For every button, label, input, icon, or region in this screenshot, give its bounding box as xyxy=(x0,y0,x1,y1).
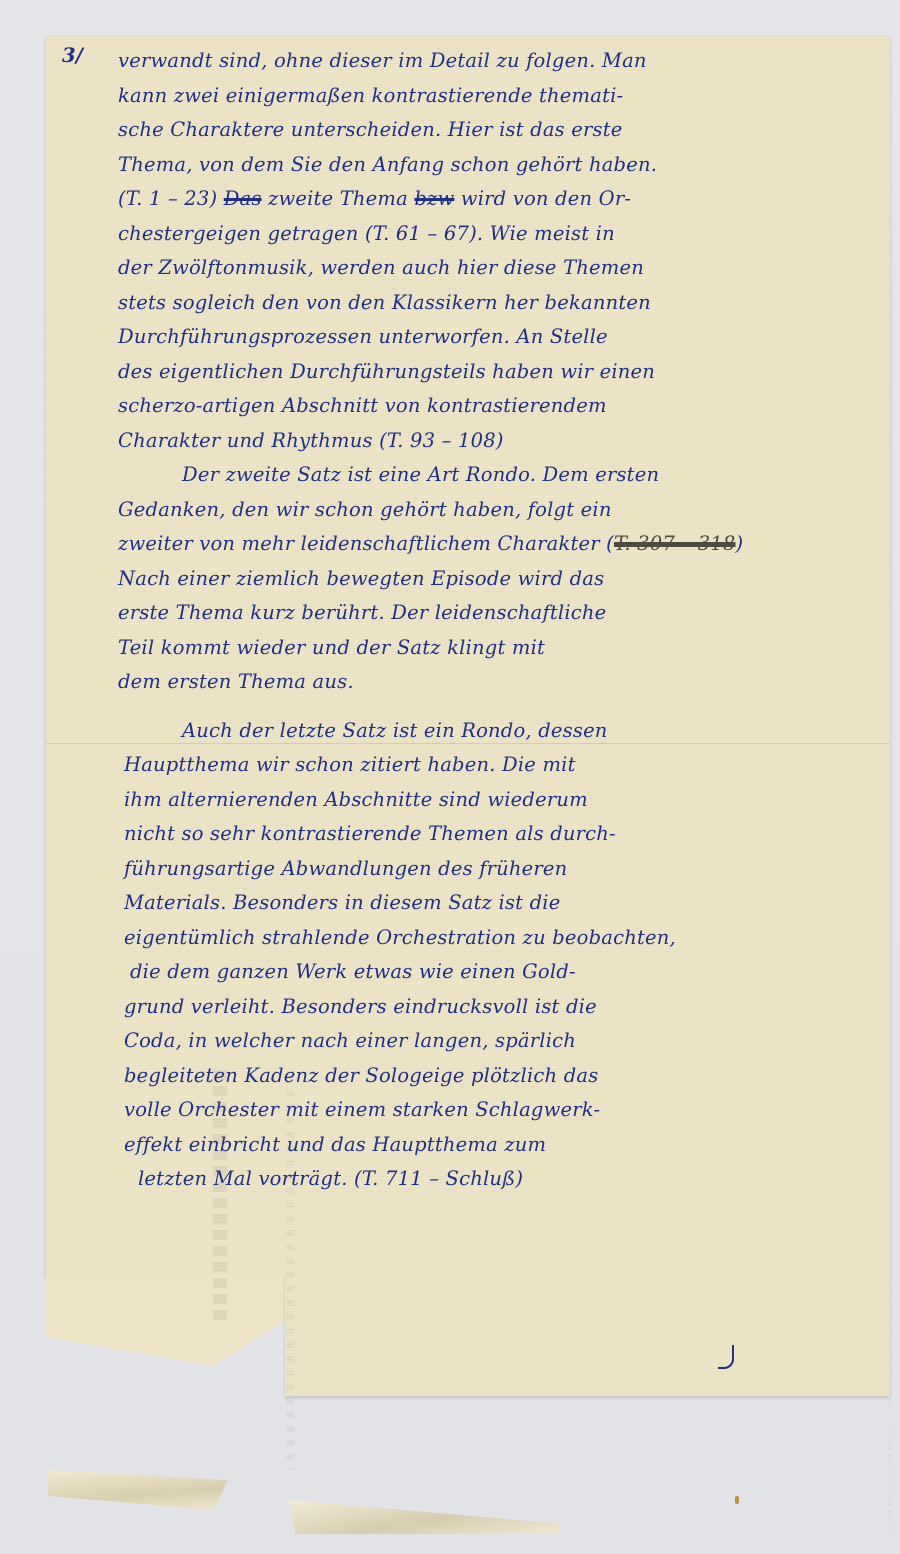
paper-curl-left xyxy=(48,1470,228,1510)
text-line: Thema, von dem Sie den Anfang schon gehö… xyxy=(62,148,872,183)
text-fragment: (T. 1 – 23) xyxy=(118,187,224,210)
closing-bracket-hook xyxy=(718,1345,734,1369)
struck-word: bzw xyxy=(414,187,454,210)
text-line: verwandt sind, ohne dieser im Detail zu … xyxy=(62,44,872,79)
text-line: Charakter und Rhythmus (T. 93 – 108) xyxy=(62,424,872,459)
text-line-with-strikes: (T. 1 – 23) Das zweite Thema bzw wird vo… xyxy=(62,182,872,217)
text-fragment: zweite xyxy=(262,187,340,210)
text-line: stets sogleich den von den Klassikern he… xyxy=(62,286,872,321)
manuscript-text: 3/ verwandt sind, ohne dieser im Detail … xyxy=(62,44,872,1197)
text-line: kann zwei einigermaßen kontrastierende t… xyxy=(62,79,872,114)
text-line: scherzo-artigen Abschnitt von kontrastie… xyxy=(62,389,872,424)
text-line: Materials. Besonders in diesem Satz ist … xyxy=(62,886,872,921)
text-fragment: Thema xyxy=(340,187,415,210)
text-line: Teil kommt wieder und der Satz klingt mi… xyxy=(62,631,872,666)
text-line-final: letzten Mal vorträgt. (T. 711 – Schluß) xyxy=(62,1162,872,1197)
struck-measure-reference: T. 307 – 318 xyxy=(614,532,736,555)
text-line: ihm alternierenden Abschnitte sind wiede… xyxy=(62,783,872,818)
text-line: effekt einbricht und das Hauptthema zum xyxy=(62,1128,872,1163)
text-line: führungsartige Abwandlungen des früheren xyxy=(62,852,872,887)
text-fragment: zweiter von mehr leidenschaftlichem Char… xyxy=(118,532,614,555)
text-line-paragraph-start: Der zweite Satz ist eine Art Rondo. Dem … xyxy=(62,458,872,493)
text-line: Durchführungsprozessen unterworfen. An S… xyxy=(62,320,872,355)
text-line: Gedanken, den wir schon gehört haben, fo… xyxy=(62,493,872,528)
text-line: nicht so sehr kontrastierende Themen als… xyxy=(62,817,872,852)
scanned-page: 3/ verwandt sind, ohne dieser im Detail … xyxy=(0,0,900,1554)
text-line: begleiteten Kadenz der Sologeige plötzli… xyxy=(62,1059,872,1094)
text-line: grund verleiht. Besonders eindrucksvoll … xyxy=(62,990,872,1025)
text-line: Coda, in welcher nach einer langen, spär… xyxy=(62,1024,872,1059)
text-line: dem ersten Thema aus. xyxy=(62,665,872,700)
text-line: eigentümlich strahlende Orchestration zu… xyxy=(62,921,872,956)
text-fragment: wird von den Or- xyxy=(454,187,631,210)
struck-word: Das xyxy=(224,187,262,210)
text-line: die dem ganzen Werk etwas wie einen Gold… xyxy=(62,955,872,990)
text-line: chestergeigen getragen (T. 61 – 67). Wie… xyxy=(62,217,872,252)
text-line: der Zwölftonmusik, werden auch hier dies… xyxy=(62,251,872,286)
text-line: Nach einer ziemlich bewegten Episode wir… xyxy=(62,562,872,597)
text-line-paragraph-start: Auch der letzte Satz ist ein Rondo, dess… xyxy=(62,714,872,749)
text-fragment: ) xyxy=(736,532,744,555)
text-line: erste Thema kurz berührt. Der leidenscha… xyxy=(62,596,872,631)
paper-curl-right xyxy=(290,1500,560,1534)
perforated-edge xyxy=(888,38,892,1538)
torn-paper-left xyxy=(46,1276,285,1366)
paper-sheet-lower xyxy=(285,1276,890,1396)
ink-stain xyxy=(735,1496,739,1504)
text-line-with-strikes: zweiter von mehr leidenschaftlichem Char… xyxy=(62,527,872,562)
text-line: Hauptthema wir schon zitiert haben. Die … xyxy=(62,748,872,783)
text-line: sche Charaktere unterscheiden. Hier ist … xyxy=(62,113,872,148)
text-line: des eigentlichen Durchführungsteils habe… xyxy=(62,355,872,390)
text-line: volle Orchester mit einem starken Schlag… xyxy=(62,1093,872,1128)
